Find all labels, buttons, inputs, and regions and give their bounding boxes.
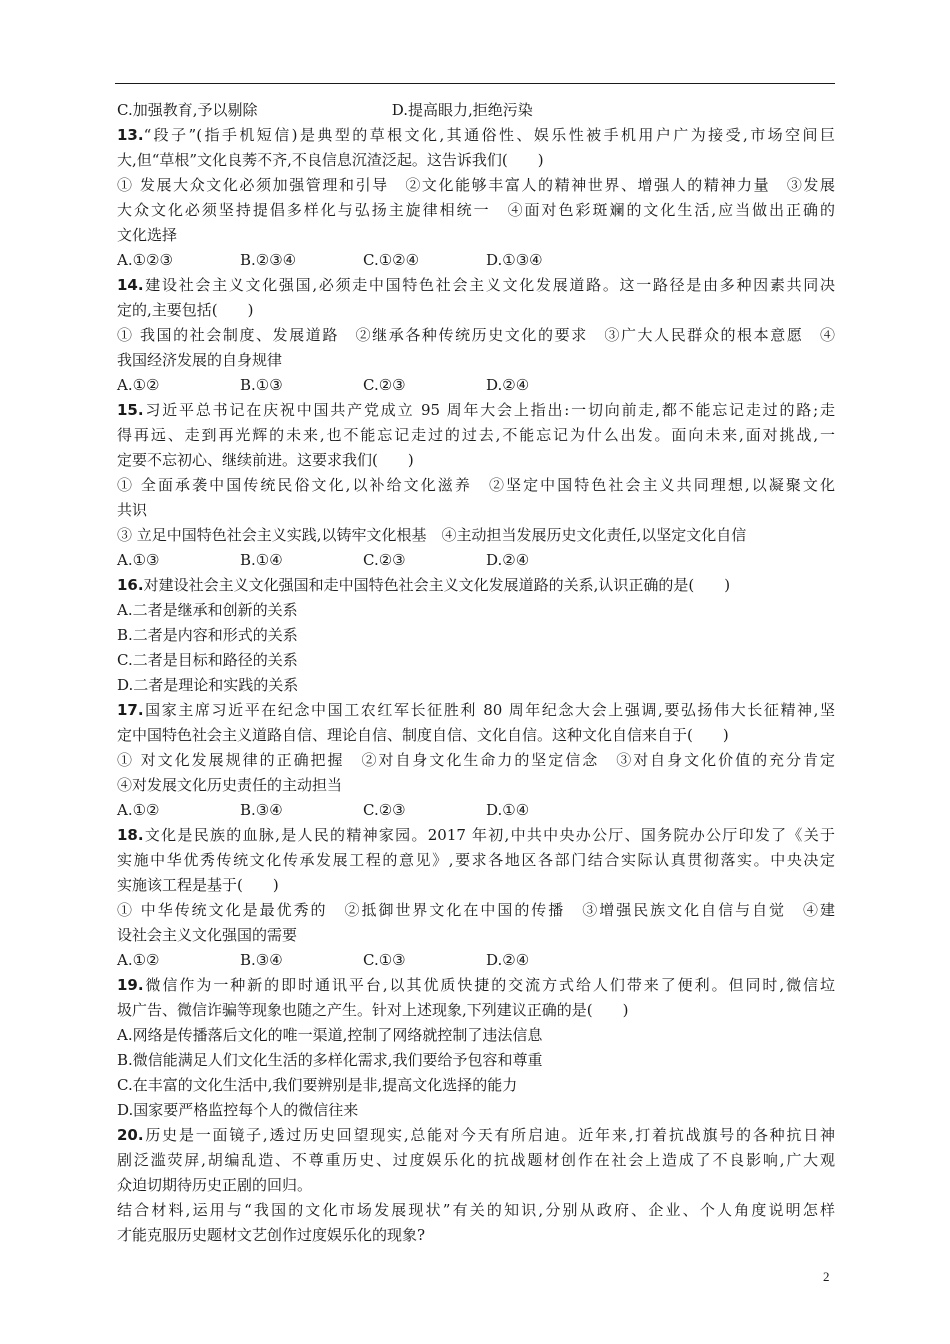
statement-line: 设社会主义文化强国的需要 bbox=[117, 923, 835, 948]
option-a: A.①②③ bbox=[117, 248, 240, 273]
header-rule bbox=[115, 83, 835, 84]
question-stem-line: 定要不忘初心、继续前进。这要求我们( ) bbox=[117, 448, 835, 473]
option-c: C.②③ bbox=[363, 548, 486, 573]
answer-options: A.①②③ B.②③④ C.①②④ D.①③④ bbox=[117, 248, 835, 273]
question-stem-line: 剧泛滥荧屏,胡编乱造、不尊重历史、过度娱乐化的抗战题材创作在社会上造成了不良影响… bbox=[117, 1148, 835, 1173]
statement-line: ① 中华传统文化是最优秀的 ②抵御世界文化在中国的传播 ③增强民族文化自信与自觉… bbox=[117, 898, 835, 923]
question-stem-line: 众迫切期待历史正剧的回归。 bbox=[117, 1173, 835, 1198]
statement-line: ① 全面承袭中国传统民俗文化,以补给文化滋养 ②坚定中国特色社会主义共同理想,以… bbox=[117, 473, 835, 498]
statement-line: ① 对文化发展规律的正确把握 ②对自身文化生命力的坚定信念 ③对自身文化价值的充… bbox=[117, 748, 835, 773]
question-number: 20. bbox=[117, 1126, 144, 1144]
statement-line: 文化选择 bbox=[117, 223, 835, 248]
question-19: 19.微信作为一种新的即时通讯平台,以其优质快捷的交流方式给人们带来了便利。但同… bbox=[117, 973, 835, 1123]
statement-line: 共识 bbox=[117, 498, 835, 523]
option-d: D.提高眼力,拒绝污染 bbox=[392, 98, 533, 123]
statement-line: ④对发展文化历史责任的主动担当 bbox=[117, 773, 835, 798]
prompt-line: 才能克服历史题材文艺创作过度娱乐化的现象? bbox=[117, 1223, 835, 1248]
option-b: B.二者是内容和形式的关系 bbox=[117, 623, 835, 648]
statement-line: 大众文化必须坚持提倡多样化与弘扬主旋律相统一 ④面对色彩斑斓的文化生活,应当做出… bbox=[117, 198, 835, 223]
option-c: C.二者是目标和路径的关系 bbox=[117, 648, 835, 673]
option-c: C.②③ bbox=[363, 798, 486, 823]
option-a: A.①② bbox=[117, 948, 240, 973]
question-stem-line: 实施中华优秀传统文化传承发展工程的意见》,要求各地区各部门结合实际认真贯彻落实。… bbox=[117, 848, 835, 873]
option-b: B.③④ bbox=[240, 798, 363, 823]
page-number: 2 bbox=[823, 1269, 830, 1285]
option-c: C.在丰富的文化生活中,我们要辨别是非,提高文化选择的能力 bbox=[117, 1073, 835, 1098]
question-15: 15.习近平总书记在庆祝中国共产党成立 95 周年大会上指出:一切向前走,都不能… bbox=[117, 398, 835, 573]
question-stem-line: 14.建设社会主义文化强国,必须走中国特色社会主义文化发展道路。这一路径是由多种… bbox=[117, 273, 835, 298]
option-b: B.微信能满足人们文化生活的多样化需求,我们要给予包容和尊重 bbox=[117, 1048, 835, 1073]
option-a: A.①② bbox=[117, 798, 240, 823]
question-stem-line: 17.国家主席习近平在纪念中国工农红军长征胜利 80 周年纪念大会上强调,要弘扬… bbox=[117, 698, 835, 723]
question-stem-line: 定中国特色社会主义道路自信、理论自信、制度自信、文化自信。这种文化自信来自于( … bbox=[117, 723, 835, 748]
statement-line: ① 我国的社会制度、发展道路 ②继承各种传统历史文化的要求 ③广大人民群众的根本… bbox=[117, 323, 835, 348]
question-stem-line: 15.习近平总书记在庆祝中国共产党成立 95 周年大会上指出:一切向前走,都不能… bbox=[117, 398, 835, 423]
answer-options: A.①② B.①③ C.②③ D.②④ bbox=[117, 373, 835, 398]
question-20: 20.历史是一面镜子,透过历史回望现实,总能对今天有所启迪。近年来,打着抗战旗号… bbox=[117, 1123, 835, 1248]
question-stem-line: 18.文化是民族的血脉,是人民的精神家园。2017 年初,中共中央办公厅、国务院… bbox=[117, 823, 835, 848]
option-c: C.加强教育,予以剔除 bbox=[117, 98, 387, 123]
answer-options: A.①② B.③④ C.①③ D.②④ bbox=[117, 948, 835, 973]
option-d: D.国家要严格监控每个人的微信往来 bbox=[117, 1098, 835, 1123]
statement-line: ③ 立足中国特色社会主义实践,以铸牢文化根基 ④主动担当发展历史文化责任,以坚定… bbox=[117, 523, 835, 548]
question-number: 16. bbox=[117, 576, 144, 594]
question-13: 13.“段子”(指手机短信)是典型的草根文化,其通俗性、娱乐性被手机用户广为接受… bbox=[117, 123, 835, 273]
option-a: A.①③ bbox=[117, 548, 240, 573]
option-a: A.网络是传播落后文化的唯一渠道,控制了网络就控制了违法信息 bbox=[117, 1023, 835, 1048]
question-number: 13. bbox=[117, 126, 144, 144]
option-a: A.①② bbox=[117, 373, 240, 398]
option-d: D.②④ bbox=[486, 948, 609, 973]
question-16: 16.对建设社会主义文化强国和走中国特色社会主义文化发展道路的关系,认识正确的是… bbox=[117, 573, 835, 698]
question-14: 14.建设社会主义文化强国,必须走中国特色社会主义文化发展道路。这一路径是由多种… bbox=[117, 273, 835, 398]
page-content: C.加强教育,予以剔除 D.提高眼力,拒绝污染 13.“段子”(指手机短信)是典… bbox=[117, 98, 835, 1248]
option-d: D.①④ bbox=[486, 798, 609, 823]
option-c: C.①③ bbox=[363, 948, 486, 973]
option-c: C.②③ bbox=[363, 373, 486, 398]
question-number: 15. bbox=[117, 401, 144, 419]
question-stem-line: 圾广告、微信诈骗等现象也随之产生。针对上述现象,下列建议正确的是( ) bbox=[117, 998, 835, 1023]
option-d: D.②④ bbox=[486, 548, 609, 573]
question-stem-line: 大,但“草根”文化良莠不齐,不良信息沉渣泛起。这告诉我们( ) bbox=[117, 148, 835, 173]
option-b: B.②③④ bbox=[240, 248, 363, 273]
option-d: D.②④ bbox=[486, 373, 609, 398]
answer-options: A.①② B.③④ C.②③ D.①④ bbox=[117, 798, 835, 823]
option-b: B.③④ bbox=[240, 948, 363, 973]
option-c: C.①②④ bbox=[363, 248, 486, 273]
prev-question-options: C.加强教育,予以剔除 D.提高眼力,拒绝污染 bbox=[117, 98, 835, 123]
question-number: 18. bbox=[117, 826, 144, 844]
option-a: A.二者是继承和创新的关系 bbox=[117, 598, 835, 623]
question-stem-line: 定的,主要包括( ) bbox=[117, 298, 835, 323]
option-b: B.①③ bbox=[240, 373, 363, 398]
question-number: 17. bbox=[117, 701, 144, 719]
question-stem-line: 得再远、走到再光辉的未来,也不能忘记走过的过去,不能忘记为什么出发。面向未来,面… bbox=[117, 423, 835, 448]
option-d: D.二者是理论和实践的关系 bbox=[117, 673, 835, 698]
question-stem-line: 16.对建设社会主义文化强国和走中国特色社会主义文化发展道路的关系,认识正确的是… bbox=[117, 573, 835, 598]
question-number: 19. bbox=[117, 976, 144, 994]
question-stem-line: 20.历史是一面镜子,透过历史回望现实,总能对今天有所启迪。近年来,打着抗战旗号… bbox=[117, 1123, 835, 1148]
question-stem-line: 实施该工程是基于( ) bbox=[117, 873, 835, 898]
statement-line: 我国经济发展的自身规律 bbox=[117, 348, 835, 373]
question-17: 17.国家主席习近平在纪念中国工农红军长征胜利 80 周年纪念大会上强调,要弘扬… bbox=[117, 698, 835, 823]
statement-line: ① 发展大众文化必须加强管理和引导 ②文化能够丰富人的精神世界、增强人的精神力量… bbox=[117, 173, 835, 198]
document-page: C.加强教育,予以剔除 D.提高眼力,拒绝污染 13.“段子”(指手机短信)是典… bbox=[0, 0, 950, 1344]
question-stem-line: 19.微信作为一种新的即时通讯平台,以其优质快捷的交流方式给人们带来了便利。但同… bbox=[117, 973, 835, 998]
option-d: D.①③④ bbox=[486, 248, 609, 273]
question-18: 18.文化是民族的血脉,是人民的精神家园。2017 年初,中共中央办公厅、国务院… bbox=[117, 823, 835, 973]
option-b: B.①④ bbox=[240, 548, 363, 573]
question-stem-line: 13.“段子”(指手机短信)是典型的草根文化,其通俗性、娱乐性被手机用户广为接受… bbox=[117, 123, 835, 148]
question-number: 14. bbox=[117, 276, 144, 294]
answer-options: A.①③ B.①④ C.②③ D.②④ bbox=[117, 548, 835, 573]
prompt-line: 结合材料,运用与“我国的文化市场发展现状”有关的知识,分别从政府、企业、个人角度… bbox=[117, 1198, 835, 1223]
